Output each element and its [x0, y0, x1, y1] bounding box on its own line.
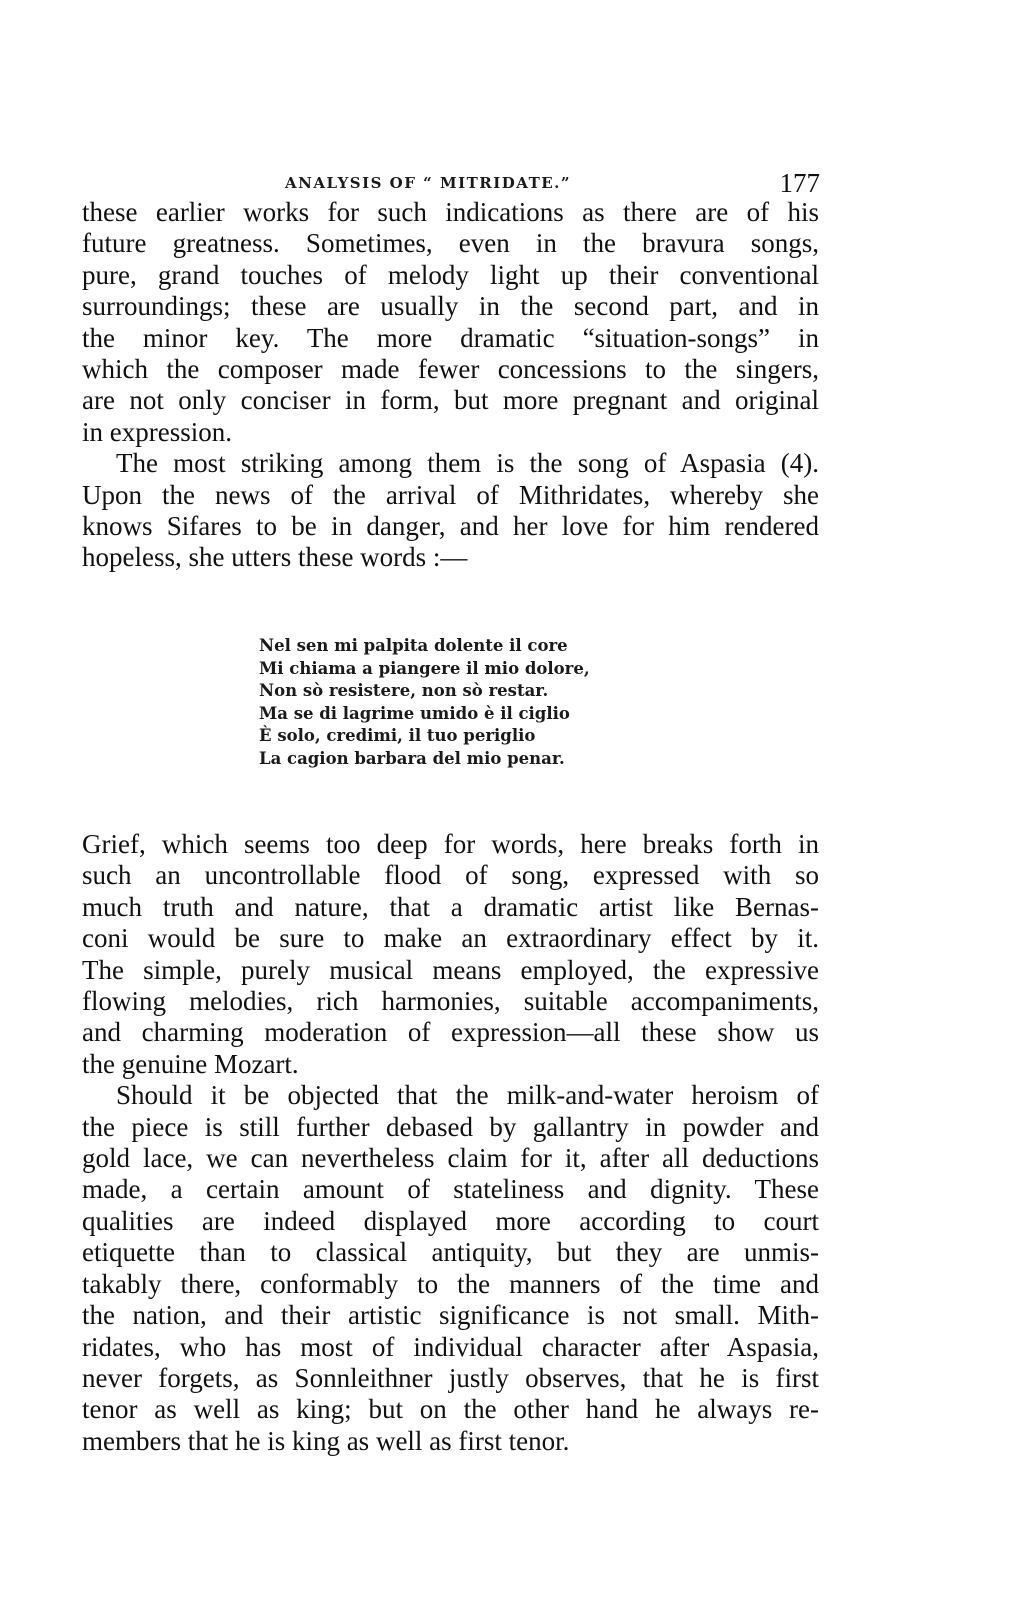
running-title: ANALYSIS OF “ MITRIDATE.”: [285, 174, 571, 192]
verse-line: Nel sen mi palpita dolente il core: [259, 635, 590, 658]
book-page: ANALYSIS OF “ MITRIDATE.” 177 these earl…: [0, 0, 1034, 1600]
text-line: knows Sifares to be in danger, and her l…: [82, 511, 819, 542]
text-line: are not only conciser in form, but more …: [82, 385, 819, 416]
text-line: hopeless, she utters these words :—: [82, 542, 819, 573]
text-line: such an uncontrollable flood of song, ex…: [82, 860, 819, 891]
text-line: made, a certain amount of stateliness an…: [82, 1174, 819, 1205]
text-line: etiquette than to classical antiquity, b…: [82, 1237, 819, 1268]
text-block-upper: these earlier works for such indications…: [82, 197, 819, 574]
paragraph-1: these earlier works for such indications…: [82, 197, 819, 448]
text-line: Grief, which seems too deep for words, h…: [82, 829, 819, 860]
text-line: qualities are indeed displayed more acco…: [82, 1206, 819, 1237]
verse-line: Ma se di lagrime umido è il ciglio: [259, 703, 590, 726]
text-line: takably there, conformably to the manner…: [82, 1269, 819, 1300]
verse-line: La cagion barbara del mio penar.: [259, 748, 590, 771]
text-line: the piece is still further debased by ga…: [82, 1112, 819, 1143]
text-line: future greatness. Sometimes, even in the…: [82, 228, 819, 259]
text-line: surroundings; these are usually in the s…: [82, 291, 819, 322]
text-line: Upon the news of the arrival of Mithrida…: [82, 480, 819, 511]
text-line: The most striking among them is the song…: [82, 448, 819, 479]
text-block-lower: Grief, which seems too deep for words, h…: [82, 829, 819, 1457]
page-number: 177: [780, 168, 821, 199]
text-line: Should it be objected that the milk-and-…: [82, 1080, 819, 1111]
verse-line: È solo, credimi, il tuo periglio: [259, 725, 590, 748]
text-line: The simple, purely musical means employe…: [82, 955, 819, 986]
text-line: pure, grand touches of melody light up t…: [82, 260, 819, 291]
text-line: much truth and nature, that a dramatic a…: [82, 892, 819, 923]
text-line: these earlier works for such indications…: [82, 197, 819, 228]
text-line: the nation, and their artistic significa…: [82, 1300, 819, 1331]
paragraph-4: Should it be objected that the milk-and-…: [82, 1080, 819, 1457]
text-line: never forgets, as Sonnleithner justly ob…: [82, 1363, 819, 1394]
text-line: the genuine Mozart.: [82, 1049, 819, 1080]
text-line: members that he is king as well as first…: [82, 1426, 819, 1457]
text-line: the minor key. The more dramatic “situat…: [82, 323, 819, 354]
running-head: ANALYSIS OF “ MITRIDATE.” 177: [80, 168, 820, 200]
verse-line: Mi chiama a piangere il mio dolore,: [259, 658, 590, 681]
text-line: gold lace, we can nevertheless claim for…: [82, 1143, 819, 1174]
paragraph-3: Grief, which seems too deep for words, h…: [82, 829, 819, 1080]
text-line: tenor as well as king; but on the other …: [82, 1394, 819, 1425]
text-line: in expression.: [82, 417, 819, 448]
text-line: coni would be sure to make an extraordin…: [82, 923, 819, 954]
text-line: flowing melodies, rich harmonies, suitab…: [82, 986, 819, 1017]
text-line: ridates, who has most of individual char…: [82, 1332, 819, 1363]
verse-line: Non sò resistere, non sò restar.: [259, 680, 590, 703]
paragraph-2: The most striking among them is the song…: [82, 448, 819, 574]
verse-quotation: Nel sen mi palpita dolente il core Mi ch…: [259, 635, 590, 771]
text-line: and charming moderation of expression—al…: [82, 1017, 819, 1048]
text-line: which the composer made fewer concession…: [82, 354, 819, 385]
